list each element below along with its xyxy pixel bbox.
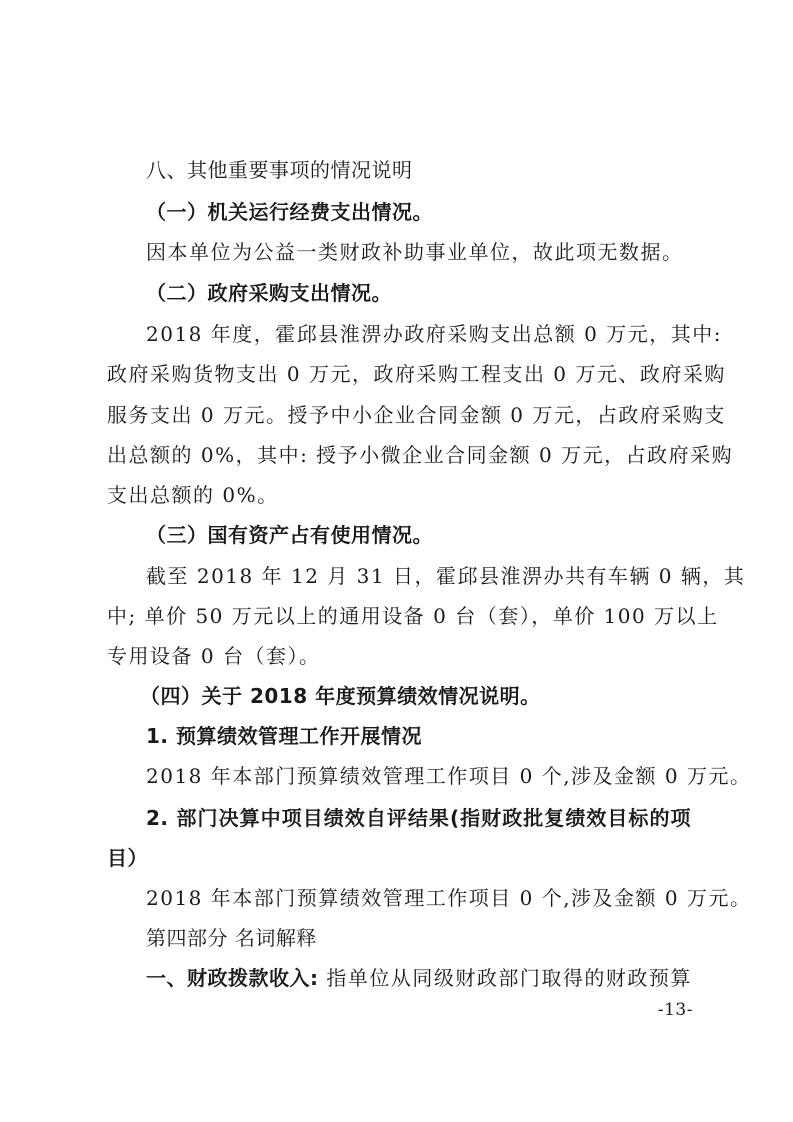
subsection-3-line-1: 截至 2018 年 12 月 31 日，霍邱县淮淠办共有车辆 0 辆，其 [146, 564, 691, 588]
part-4-title: 第四部分 名词解释 [146, 926, 317, 950]
term-1-text: 指单位从同级财政部门取得的财政预算 [319, 966, 692, 990]
subsection-3-line-2: 中; 单价 50 万元以上的通用设备 0 台（套），单价 100 万以上 [107, 604, 691, 628]
subsection-2-line-3: 服务支出 0 万元。授予中小企业合同金额 0 万元，占政府采购支 [107, 403, 691, 427]
document-page: 八、其他重要事项的情况说明 （一）机关运行经费支出情况。 因本单位为公益一类财政… [0, 0, 793, 1122]
subsection-2-line-5: 支出总额的 0%。 [107, 483, 279, 507]
subsection-2-line-1: 2018 年度，霍邱县淮淠办政府采购支出总额 0 万元，其中: [146, 322, 691, 346]
item-1-body: 2018 年本部门预算绩效管理工作项目 0 个,涉及金额 0 万元。 [146, 764, 752, 788]
subsection-2-line-2: 政府采购货物支出 0 万元，政府采购工程支出 0 万元、政府采购 [107, 362, 691, 386]
item-2-body: 2018 年本部门预算绩效管理工作项目 0 个,涉及金额 0 万元。 [146, 886, 752, 910]
subsection-2-title: （二）政府采购支出情况。 [146, 281, 392, 305]
subsection-3-title: （三）国有资产占有使用情况。 [146, 523, 433, 547]
subsection-4-title: （四）关于 2018 年度预算绩效情况说明。 [140, 684, 541, 708]
subsection-1-body: 因本单位为公益一类财政补助事业单位，故此项无数据。 [146, 240, 684, 264]
subsection-2-line-4: 出总额的 0%，其中: 授予小微企业合同金额 0 万元，占政府采购 [107, 443, 691, 467]
term-1-label: 一、财政拨款收入: [146, 966, 319, 990]
section-heading: 八、其他重要事项的情况说明 [146, 158, 413, 182]
item-1-title: 1. 预算绩效管理工作开展情况 [146, 724, 422, 748]
term-1: 一、财政拨款收入: 指单位从同级财政部门取得的财政预算 [146, 966, 692, 990]
subsection-1-title: （一）机关运行经费支出情况。 [146, 200, 433, 224]
item-2-title-line-1: 2. 部门决算中项目绩效自评结果(指财政批复绩效目标的项 [146, 806, 691, 830]
page-number: -13- [658, 1000, 693, 1020]
subsection-3-line-3: 专用设备 0 台（套）。 [107, 644, 320, 668]
item-2-title-line-2: 目） [107, 846, 148, 870]
